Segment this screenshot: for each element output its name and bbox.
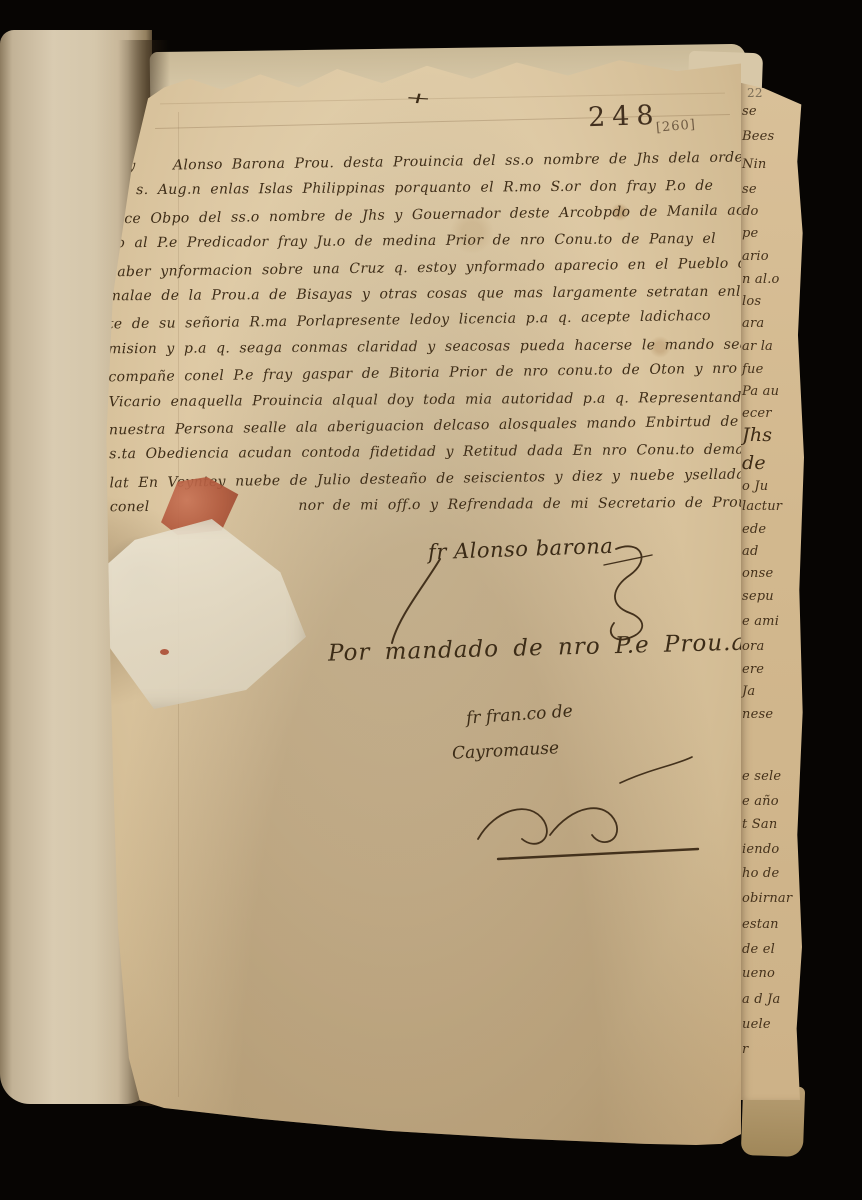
margin-fragment: de [742, 456, 766, 470]
margin-fragment: estan [742, 918, 779, 932]
margin-fragment: fue [742, 363, 763, 377]
margin-fragment: Pa au [742, 385, 779, 399]
margin-fragment: e año [742, 795, 779, 809]
margin-fragment: e sele [742, 770, 781, 784]
margin-fragment: a d Ja [742, 993, 781, 1007]
margin-fragment: t San [742, 818, 777, 832]
manuscript-page: / + 248 [260] fray Alonso Barona Prou. d… [100, 57, 741, 1145]
margin-fragment: se [742, 183, 757, 197]
margin-fragment: onse [742, 567, 773, 581]
margin-fragment: obirnar [742, 892, 792, 906]
margin-fragment: uele [742, 1018, 771, 1032]
margin-fragment: ad [742, 545, 758, 559]
archival-number: [260] [655, 117, 696, 135]
manuscript-text-block: fray Alonso Barona Prou. desta Prouincia… [106, 146, 740, 522]
margin-fragment: ara [742, 317, 764, 331]
margin-fragment: r [742, 1043, 748, 1057]
margin-fragment: los [742, 295, 761, 309]
margin-fragment: de el [742, 943, 775, 957]
margin-fragment: e ami [742, 615, 779, 629]
margin-fragment: do [742, 205, 759, 219]
margin-fragment: ede [742, 523, 766, 537]
secretary-name-line-1: fr fran.co de [465, 701, 573, 728]
margin-fragment: Ja [742, 685, 755, 699]
cross-mark: + [403, 88, 434, 107]
margin-fragment: n al.o [742, 273, 780, 287]
photo-background: 22 se Bees Nin se do pe ario n al.o los … [0, 0, 862, 1200]
margin-fragment: ere [742, 663, 764, 677]
margin-fragment: iendo [742, 843, 779, 857]
wax-seal-dot [160, 649, 169, 655]
margin-fragment: ueno [742, 967, 775, 981]
folio-number: 248 [587, 100, 661, 134]
under-leaf-strip: 22 se Bees Nin se do pe ario n al.o los … [737, 80, 804, 1100]
secretary-rubric [440, 747, 730, 877]
underleaf-folio-number: 22 [747, 86, 763, 100]
margin-fragment: Bees [742, 130, 774, 144]
margin-fragment: ho de [742, 867, 779, 881]
margin-fragment: pe [742, 227, 758, 241]
margin-fragment: ar la [742, 340, 773, 354]
margin-fragment: nese [742, 708, 773, 722]
margin-fragment: ecer [742, 407, 772, 421]
margin-fragment: Nin [742, 158, 767, 172]
margin-fragment: o Ju [742, 480, 768, 494]
margin-fragment: sepu [742, 590, 774, 604]
margin-fragment: ario [742, 250, 769, 264]
margin-fragment: Jhs [742, 428, 772, 442]
margin-fragment: lactur [742, 500, 782, 514]
margin-fragment: se [742, 105, 757, 119]
margin-fragment: ora [742, 640, 764, 654]
